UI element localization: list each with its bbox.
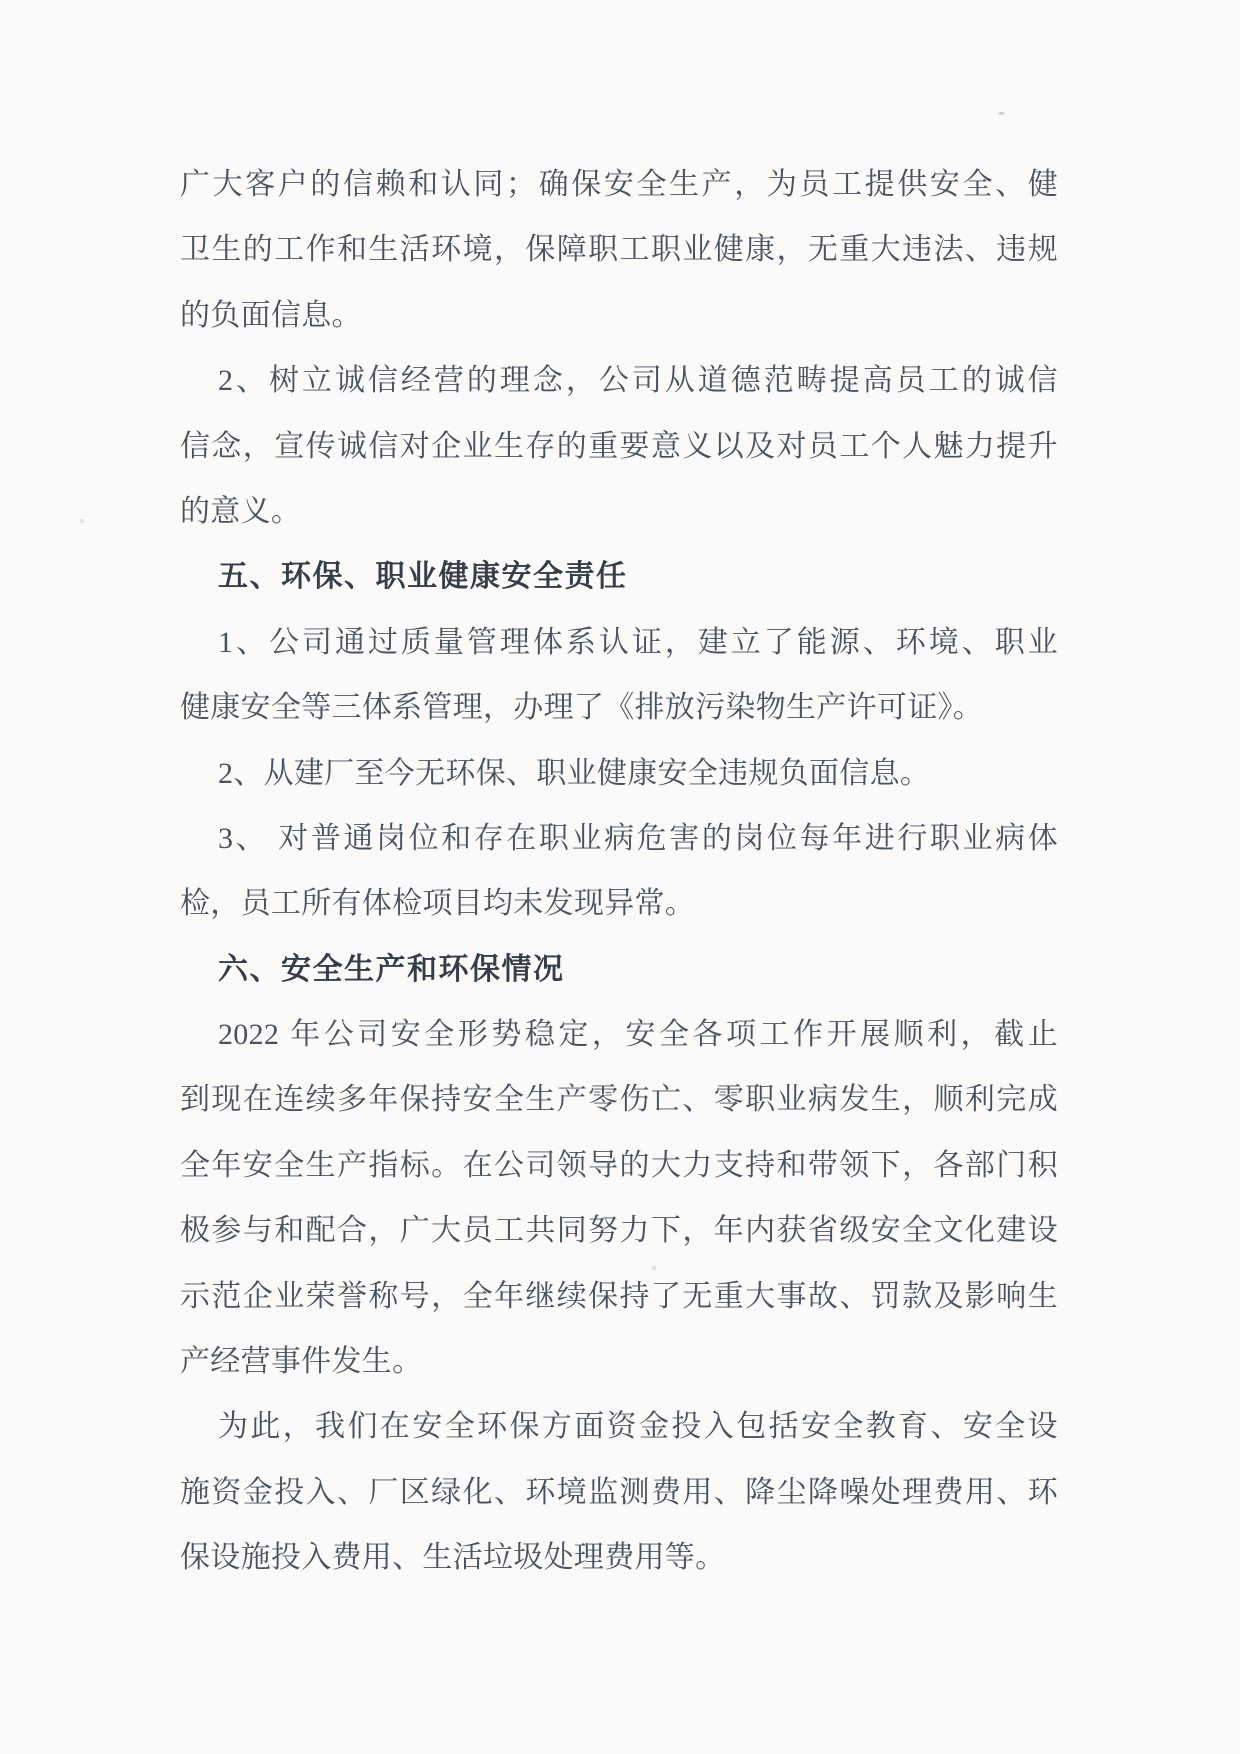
paragraph-line: 信念，宣传诚信对企业生存的重要意义以及对员工个人魅力提升 xyxy=(180,414,1058,479)
paragraph-line: 到现在连续多年保持安全生产零伤亡、零职业病发生，顺利完成 xyxy=(180,1067,1058,1132)
paragraph-line: 2、从建厂至今无环保、职业健康安全违规负面信息。 xyxy=(180,741,1058,806)
paragraph-line: 保设施投入费用、生活垃圾处理费用等。 xyxy=(180,1525,1058,1590)
document-page: 广大客户的信赖和认同；确保安全生产，为员工提供安全、健康、 卫生的工作和生活环境… xyxy=(0,0,1240,1754)
paragraph-line: 的负面信息。 xyxy=(180,283,1058,348)
paragraph-line: 全年安全生产指标。在公司领导的大力支持和带领下，各部门积 xyxy=(180,1133,1058,1198)
paragraph-line: 检，员工所有体检项目均未发现异常。 xyxy=(180,871,1058,936)
paragraph-line: 施资金投入、厂区绿化、环境监测费用、降尘降噪处理费用、环 xyxy=(180,1460,1058,1525)
scan-artifact xyxy=(998,112,1005,115)
paragraph-line: 极参与和配合，广大员工共同努力下，年内获省级安全文化建设 xyxy=(180,1198,1058,1263)
paragraph-line: 健康安全等三体系管理，办理了《排放污染物生产许可证》。 xyxy=(180,675,1058,740)
paragraph-line: 为此，我们在安全环保方面资金投入包括安全教育、安全设 xyxy=(180,1394,1058,1459)
paragraph-line: 2、树立诚信经营的理念，公司从道德范畴提高员工的诚信 xyxy=(180,348,1058,413)
section-heading: 六、安全生产和环保情况 xyxy=(180,937,1058,1002)
paragraph-line: 2022 年公司安全形势稳定，安全各项工作开展顺利，截止 xyxy=(180,1002,1058,1067)
scan-artifact xyxy=(80,519,84,523)
paragraph-line: 卫生的工作和生活环境，保障职工职业健康，无重大违法、违规 xyxy=(180,217,1058,282)
paragraph-line: 广大客户的信赖和认同；确保安全生产，为员工提供安全、健康、 xyxy=(180,152,1058,217)
paragraph-line: 示范企业荣誉称号，全年继续保持了无重大事故、罚款及影响生 xyxy=(180,1264,1058,1329)
paragraph-line: 3、 对普通岗位和存在职业病危害的岗位每年进行职业病体 xyxy=(180,806,1058,871)
paragraph-line: 的意义。 xyxy=(180,479,1058,544)
paragraph-line: 产经营事件发生。 xyxy=(180,1329,1058,1394)
paragraph-line: 1、公司通过质量管理体系认证，建立了能源、环境、职业 xyxy=(180,610,1058,675)
section-heading: 五、环保、职业健康安全责任 xyxy=(180,544,1058,609)
document-text-block: 广大客户的信赖和认同；确保安全生产，为员工提供安全、健康、 卫生的工作和生活环境… xyxy=(180,152,1058,1591)
